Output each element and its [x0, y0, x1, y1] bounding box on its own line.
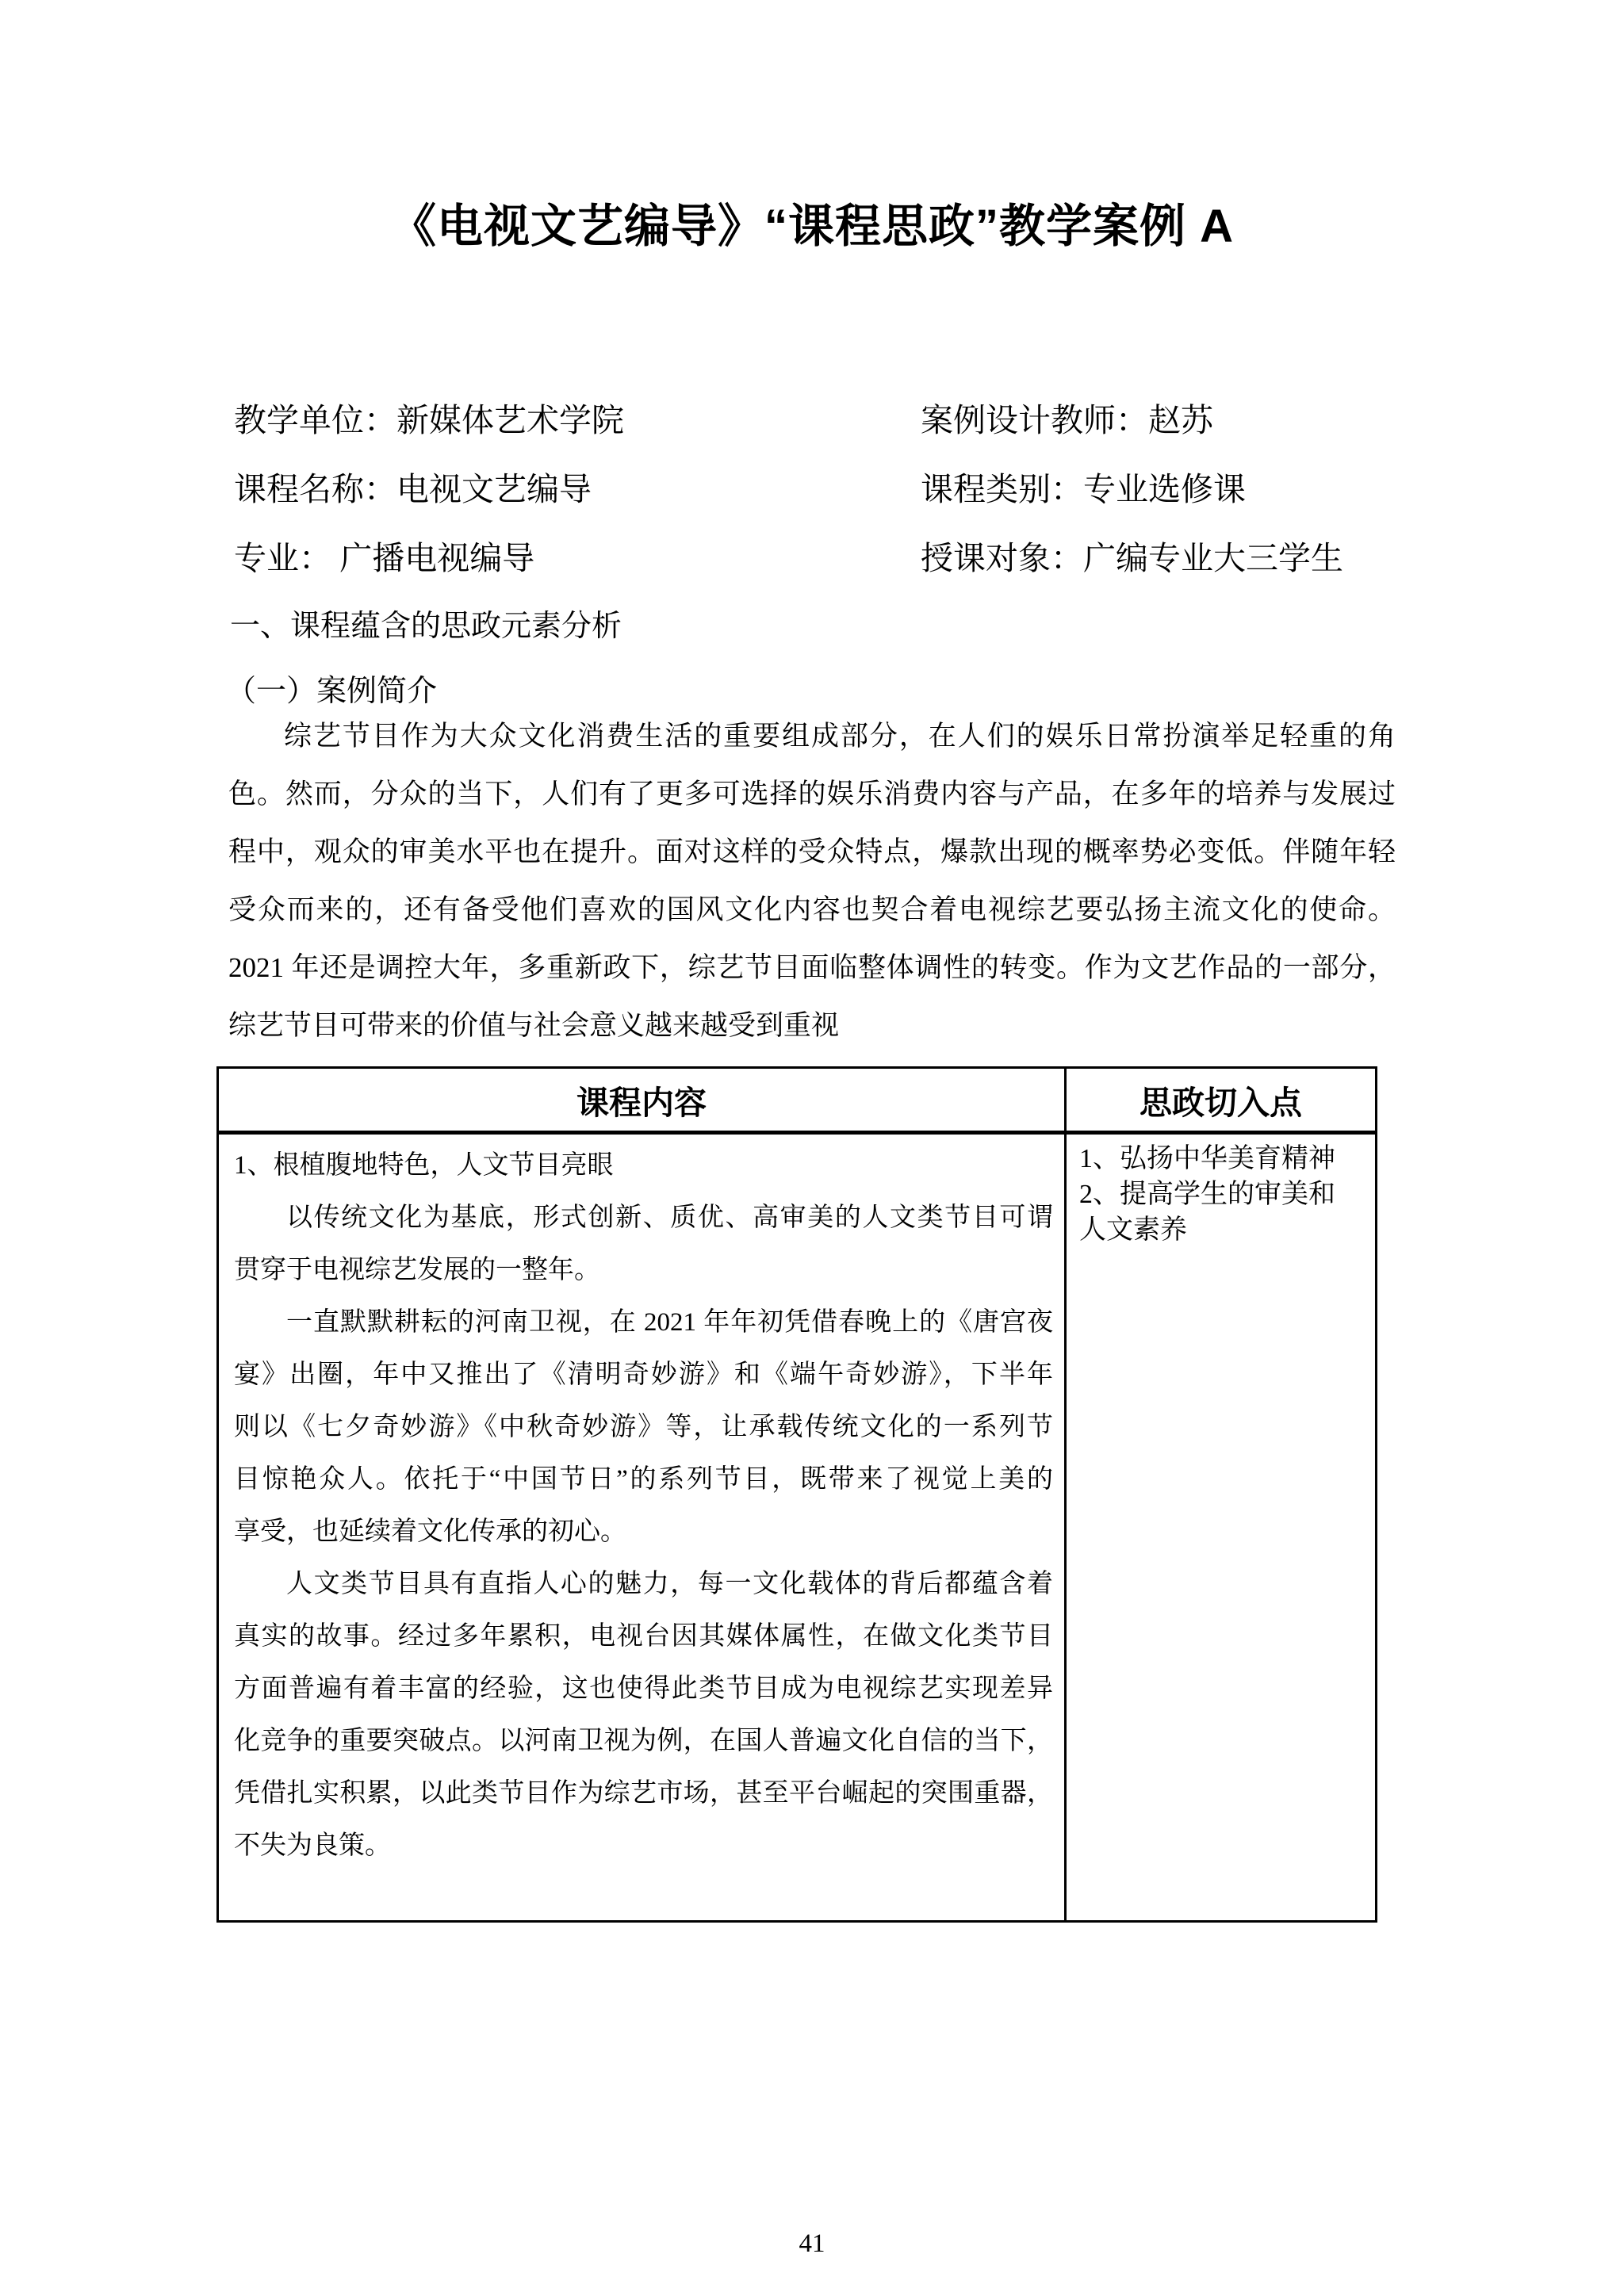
ideology-point-line: 2、提高学生的审美和	[1079, 1177, 1367, 1212]
meta-row: 教学单位：新媒体艺术学院案例设计教师：赵苏	[0, 400, 1624, 441]
meta-field-right: 案例设计教师：赵苏	[921, 400, 1213, 441]
course-content-line: 享受，也延续着文化传承的初心。	[234, 1506, 1053, 1558]
paragraph-line: 受众而来的，还有备受他们喜欢的国风文化内容也契合着电视综艺要弘扬主流文化的使命。	[228, 881, 1396, 939]
meta-field-left: 课程名称：电视文艺编导	[234, 469, 592, 510]
course-content-line: 不失为良策。	[234, 1820, 1053, 1872]
course-content-line: 贯穿于电视综艺发展的一整年。	[234, 1244, 1053, 1296]
course-content-line: 人文类节目具有直指人心的魅力，每一文化载体的背后都蕴含着	[234, 1558, 1053, 1610]
meta-row: 专业： 广播电视编导授课对象：广编专业大三学生	[0, 538, 1624, 579]
course-content-line: 真实的故事。经过多年累积，电视台因其媒体属性，在做文化类节目	[234, 1610, 1053, 1663]
document-page: 《电视文艺编导》“课程思政”教学案例 A 教学单位：新媒体艺术学院案例设计教师：…	[0, 0, 1624, 2296]
ideology-point-line: 人文素养	[1079, 1212, 1367, 1248]
page-title: 《电视文艺编导》“课程思政”教学案例 A	[0, 197, 1624, 257]
table-body-row: 1、根植腹地特色，人文节目亮眼以传统文化为基底，形式创新、质优、高审美的人文类节…	[219, 1135, 1375, 1920]
course-content-line: 一直默默耕耘的河南卫视，在 2021 年年初凭借春晚上的《唐宫夜	[234, 1296, 1053, 1349]
table-header-ideology-entry-point: 思政切入点	[1067, 1069, 1375, 1131]
course-content-line: 目惊艳众人。依托于“中国节日”的系列节目，既带来了视觉上美的	[234, 1453, 1053, 1506]
course-content-line: 方面普遍有着丰富的经验，这也使得此类节目成为电视综艺实现差异	[234, 1663, 1053, 1715]
course-content-line: 则以《七夕奇妙游》《中秋奇妙游》等，让承载传统文化的一系列节	[234, 1401, 1053, 1453]
table-header-row: 课程内容 思政切入点	[219, 1069, 1375, 1135]
course-content-line: 凭借扎实积累，以此类节目作为综艺市场，甚至平台崛起的突围重器，	[234, 1767, 1053, 1820]
paragraph-line: 色。然而，分众的当下，人们有了更多可选择的娱乐消费内容与产品，在多年的培养与发展…	[228, 765, 1396, 823]
paragraph-line: 综艺节目可带来的价值与社会意义越来越受到重视	[228, 997, 1396, 1054]
meta-field-left: 教学单位：新媒体艺术学院	[234, 400, 624, 441]
ideology-point-line: 1、弘扬中华美育精神	[1079, 1141, 1367, 1177]
table-header-course-content: 课程内容	[219, 1069, 1067, 1131]
paragraph-line: 程中，观众的审美水平也在提升。面对这样的受众特点，爆款出现的概率势必变低。伴随年…	[228, 823, 1396, 881]
ideology-points-cell: 1、弘扬中华美育精神2、提高学生的审美和人文素养	[1067, 1135, 1375, 1920]
subsection-heading: （一）案例简介	[226, 671, 437, 712]
meta-field-right: 课程类别：专业选修课	[921, 469, 1246, 510]
meta-field-right: 授课对象：广编专业大三学生	[921, 538, 1343, 579]
paragraph-line: 综艺节目作为大众文化消费生活的重要组成部分，在人们的娱乐日常扮演举足轻重的角	[228, 707, 1396, 765]
meta-field-left: 专业： 广播电视编导	[234, 538, 534, 579]
page-number: 41	[0, 2225, 1624, 2263]
course-content-line: 1、根植腹地特色，人文节目亮眼	[234, 1139, 1053, 1192]
course-ideology-table: 课程内容 思政切入点 1、根植腹地特色，人文节目亮眼以传统文化为基底，形式创新、…	[216, 1066, 1377, 1923]
course-content-line: 宴》出圈，年中又推出了《清明奇妙游》和《端午奇妙游》，下半年	[234, 1349, 1053, 1401]
course-content-cell: 1、根植腹地特色，人文节目亮眼以传统文化为基底，形式创新、质优、高审美的人文类节…	[219, 1135, 1067, 1920]
course-content-line: 化竞争的重要突破点。以河南卫视为例，在国人普遍文化自信的当下，	[234, 1715, 1053, 1767]
paragraph-line: 2021 年还是调控大年，多重新政下，综艺节目面临整体调性的转变。作为文艺作品的…	[228, 939, 1396, 997]
course-content-line: 以传统文化为基底，形式创新、质优、高审美的人文类节目可谓	[234, 1192, 1053, 1244]
meta-row: 课程名称：电视文艺编导课程类别：专业选修课	[0, 469, 1624, 510]
intro-paragraph: 综艺节目作为大众文化消费生活的重要组成部分，在人们的娱乐日常扮演举足轻重的角色。…	[228, 707, 1396, 1054]
section-heading: 一、课程蕴含的思政元素分析	[230, 606, 622, 647]
